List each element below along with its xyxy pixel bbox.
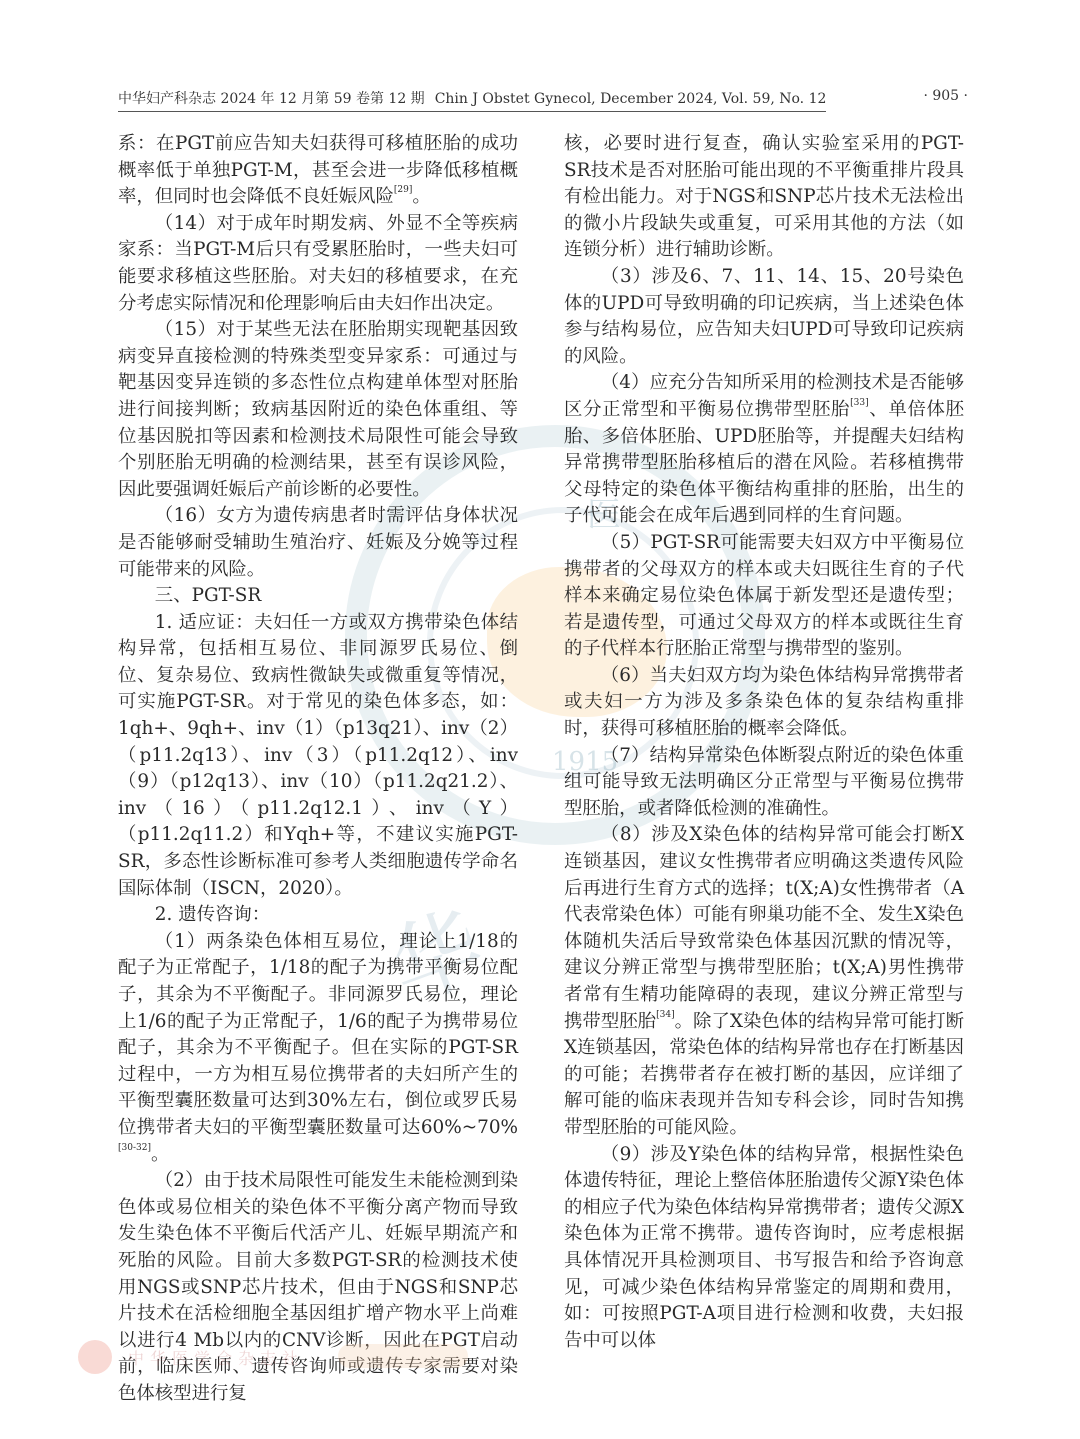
paragraph: （15）对于某些无法在胚胎期实现靶基因致病变异直接检测的特殊类型变异家系：可通过… <box>118 317 518 503</box>
paragraph: （1）两条染色体相互易位，理论上1/18的配子为正常配子，1/18的配子为携带平… <box>118 929 518 1168</box>
logo-decoration <box>338 1344 468 1368</box>
running-header: 中华妇产科杂志 2024 年 12 月第 59 卷第 12 期Chin J Ob… <box>118 86 978 112</box>
paragraph: （14）对于成年时期发病、外显不全等疾病家系：当PGT-M后只有受累胚胎时，一些… <box>118 211 518 317</box>
right-column: 核，必要时进行复查，确认实验室采用的PGT-SR技术是否对胚胎可能出现的不平衡重… <box>564 131 964 1354</box>
paragraph: （3）涉及6、7、11、14、15、20号染色体的UPD可导致明确的印记疾病，当… <box>564 264 964 370</box>
paragraph: （4）应充分告知所采用的检测技术是否能够区分正常型和平衡易位携带型胚胎[33]、… <box>564 370 964 530</box>
paragraph: （9）涉及Y染色体的结构异常，根据性染色体遗传特征，理论上整倍体胚胎遗传父源Y染… <box>564 1142 964 1355</box>
paragraph: （7）结构异常染色体断裂点附近的染色体重组可能导致无法明确区分正常型与平衡易位携… <box>564 743 964 823</box>
journal-citation: 中华妇产科杂志 2024 年 12 月第 59 卷第 12 期Chin J Ob… <box>118 88 826 112</box>
publisher-logo: 中华医学会杂志社 <box>78 1340 458 1380</box>
citation-ref[interactable]: [33] <box>850 398 868 408</box>
paragraph: （8）涉及X染色体的结构异常可能会打断X连锁基因，建议女性携带者应明确这类遗传风… <box>564 822 964 1141</box>
section-heading: 三、PGT-SR <box>118 583 518 610</box>
journal-title-cn: 中华妇产科杂志 2024 年 12 月第 59 卷第 12 期 <box>118 91 425 107</box>
citation-ref[interactable]: [29] <box>394 185 412 195</box>
publisher-name: 中华医学会杂志社 <box>128 1346 304 1369</box>
paragraph: 核，必要时进行复查，确认实验室采用的PGT-SR技术是否对胚胎可能出现的不平衡重… <box>564 131 964 264</box>
left-column: 系：在PGT前应告知夫妇获得可移植胚胎的成功概率低于单独PGT-M，甚至会进一步… <box>118 131 518 1408</box>
paragraph: （6）当夫妇双方均为染色体结构异常携带者或夫妇一方为涉及多条染色体的复杂结构重排… <box>564 663 964 743</box>
paragraph: （5）PGT-SR可能需要夫妇双方中平衡易位携带者的父母双方的样本或夫妇既往生育… <box>564 530 964 663</box>
citation-ref[interactable]: [34] <box>656 1010 674 1020</box>
page-number: · 905 · <box>923 88 968 104</box>
subsection-heading: 2. 遗传咨询： <box>118 902 518 929</box>
journal-title-en: Chin J Obstet Gynecol, December 2024, Vo… <box>435 91 827 107</box>
paragraph: 系：在PGT前应告知夫妇获得可移植胚胎的成功概率低于单独PGT-M，甚至会进一步… <box>118 131 518 211</box>
citation-ref[interactable]: [30-32] <box>118 1143 151 1153</box>
logo-emblem-icon <box>78 1340 112 1374</box>
paragraph: 1. 适应证：夫妇任一方或双方携带染色体结构异常，包括相互易位、非同源罗氏易位、… <box>118 610 518 903</box>
paragraph: （16）女方为遗传病患者时需评估身体状况是否能够耐受辅助生殖治疗、妊娠及分娩等过… <box>118 503 518 583</box>
